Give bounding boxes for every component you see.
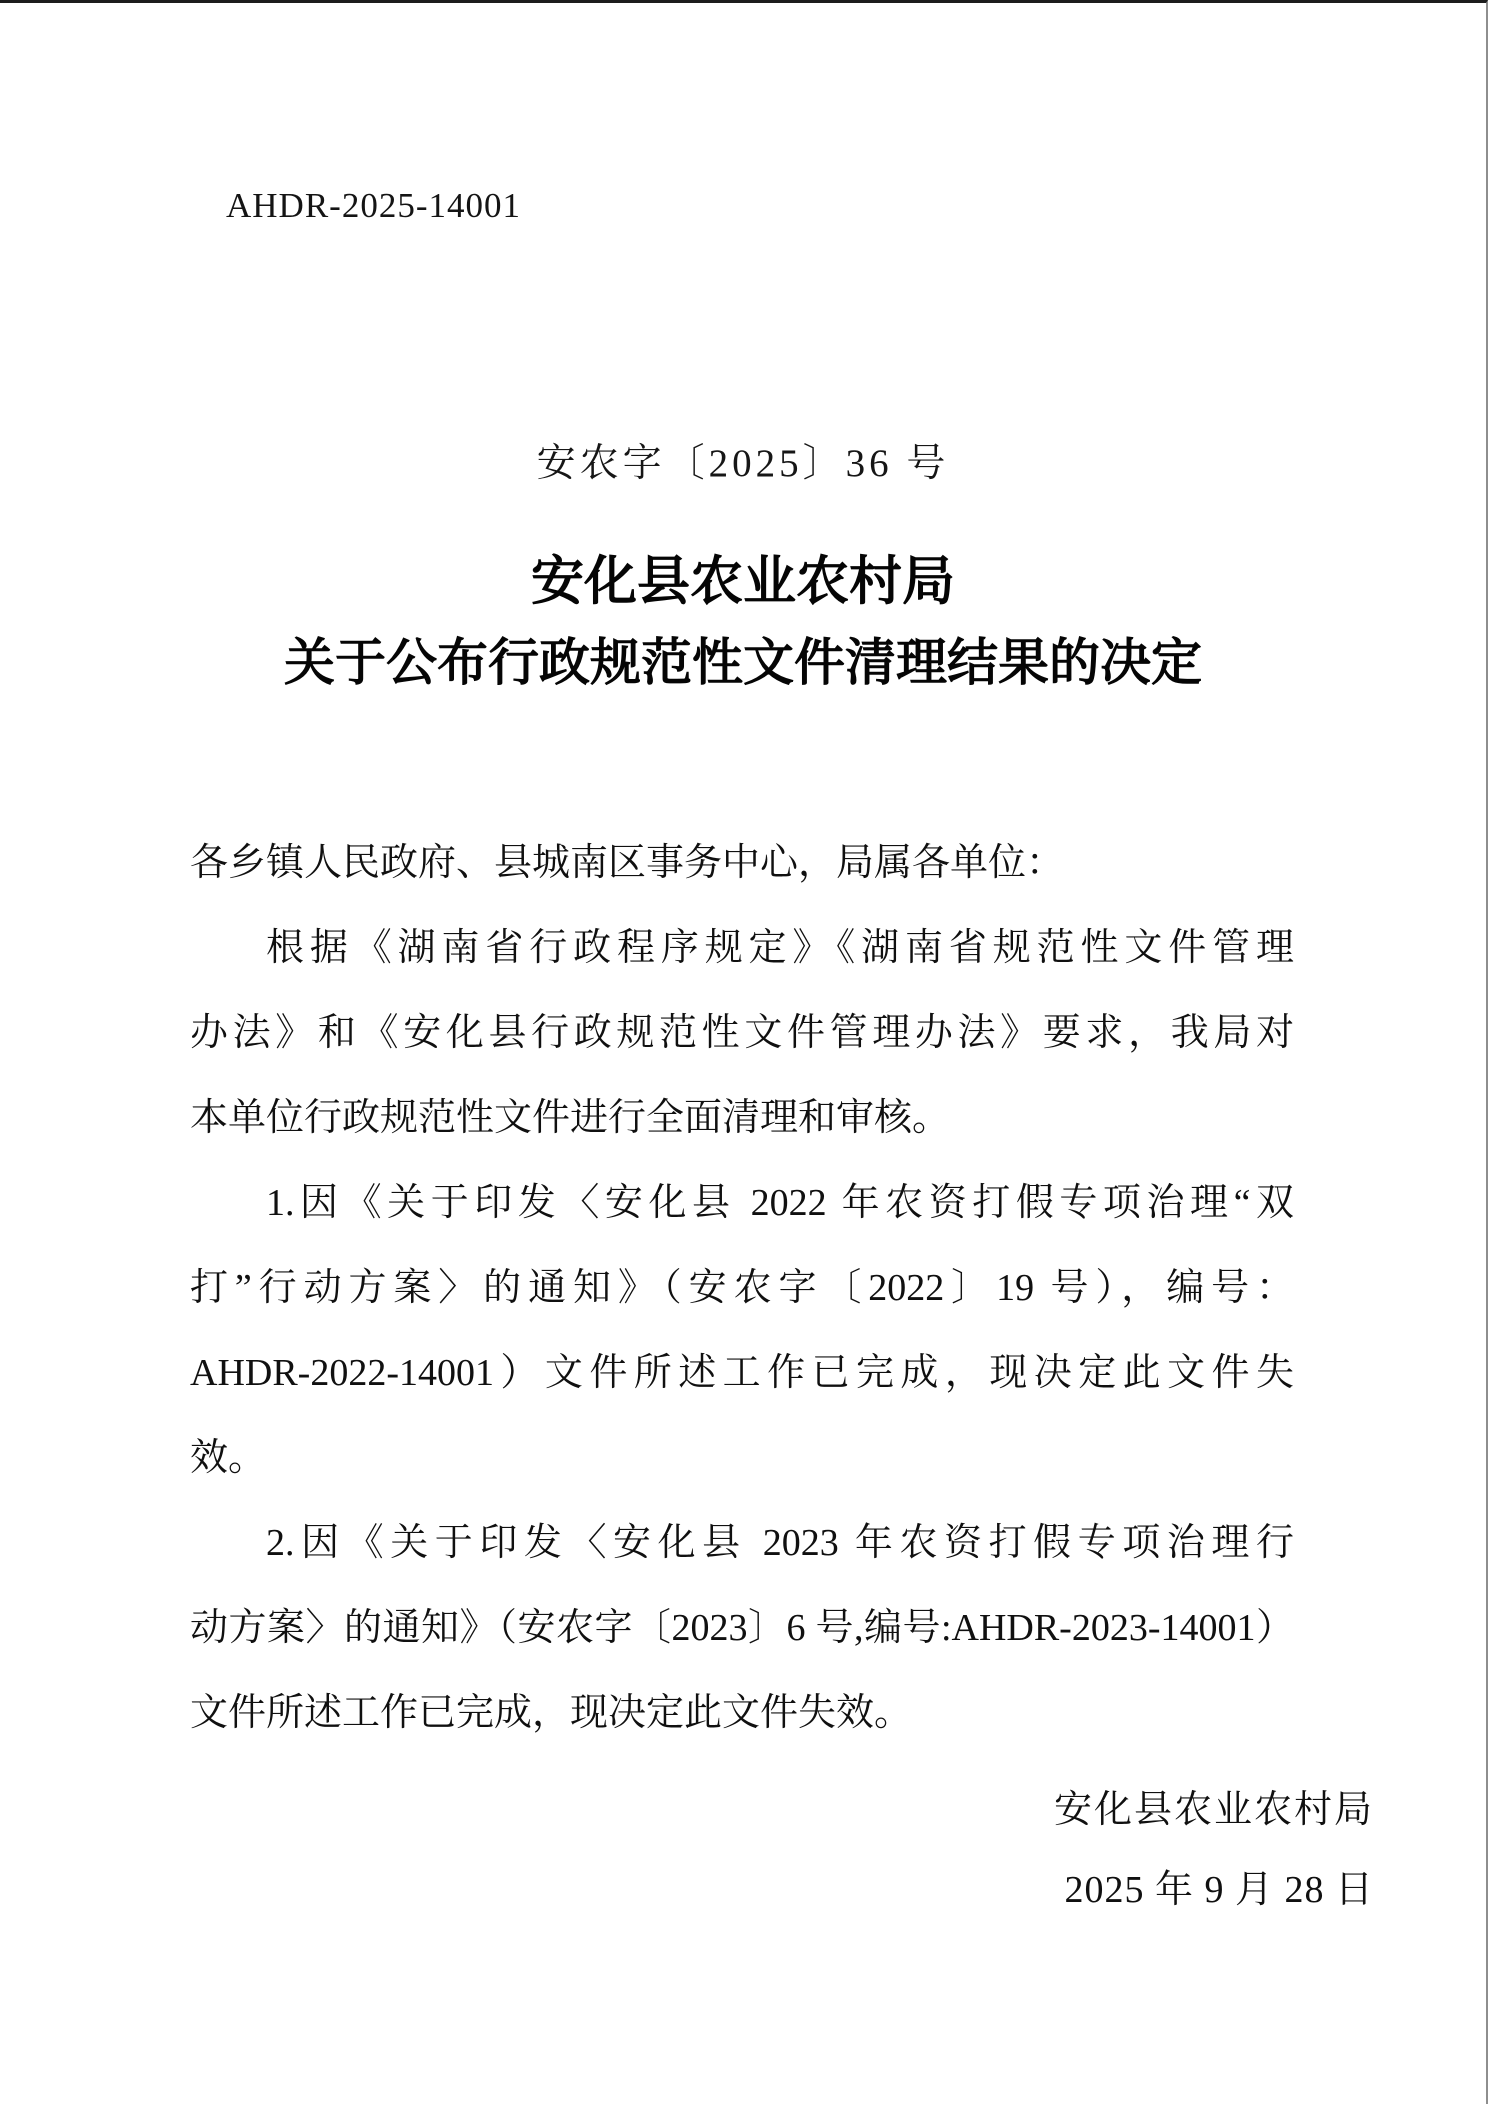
body-line: 根据《湖南省行政程序规定》《湖南省规范性文件管理 <box>190 906 1294 991</box>
body-line: 各乡镇人民政府、县城南区事务中心，局属各单位： <box>190 821 1294 906</box>
body-line: 办法》和《安化县行政规范性文件管理办法》要求，我局对 <box>190 991 1294 1076</box>
body-line: 效。 <box>190 1416 1294 1501</box>
signature-block: 安化县农业农村局 2025 年 9 月 28 日 <box>0 1770 1374 1930</box>
body-line: 动方案〉的通知》（安农字〔2023〕6 号,编号:AHDR-2023-14001… <box>190 1586 1294 1671</box>
body-line: 2.因《关于印发〈安化县 2023 年农资打假专项治理行 <box>190 1501 1294 1586</box>
document-code: AHDR-2025-14001 <box>226 185 1486 227</box>
document-title: 安化县农业农村局 关于公布行政规范性文件清理结果的决定 <box>0 541 1486 705</box>
body-line: AHDR-2022-14001）文件所述工作已完成，现决定此文件失 <box>190 1331 1294 1416</box>
body-lines: 各乡镇人民政府、县城南区事务中心，局属各单位：根据《湖南省行政程序规定》《湖南省… <box>190 821 1294 1756</box>
issue-number: 安农字〔2025〕36 号 <box>0 439 1486 489</box>
signature-date: 2025 年 9 月 28 日 <box>0 1850 1374 1930</box>
body-line: 打”行动方案〉的通知》（安农字〔2022〕19 号），编号： <box>190 1246 1294 1331</box>
document-page: AHDR-2025-14001 安农字〔2025〕36 号 安化县农业农村局 关… <box>0 0 1488 2104</box>
body-line: 文件所述工作已完成，现决定此文件失效。 <box>190 1671 1294 1756</box>
body-line: 1.因《关于印发〈安化县 2022 年农资打假专项治理“双 <box>190 1161 1294 1246</box>
body-line: 本单位行政规范性文件进行全面清理和审核。 <box>190 1076 1294 1161</box>
document-title-line2: 关于公布行政规范性文件清理结果的决定 <box>0 623 1486 705</box>
document-title-line1: 安化县农业农村局 <box>0 541 1486 623</box>
signature-organization: 安化县农业农村局 <box>0 1770 1374 1850</box>
